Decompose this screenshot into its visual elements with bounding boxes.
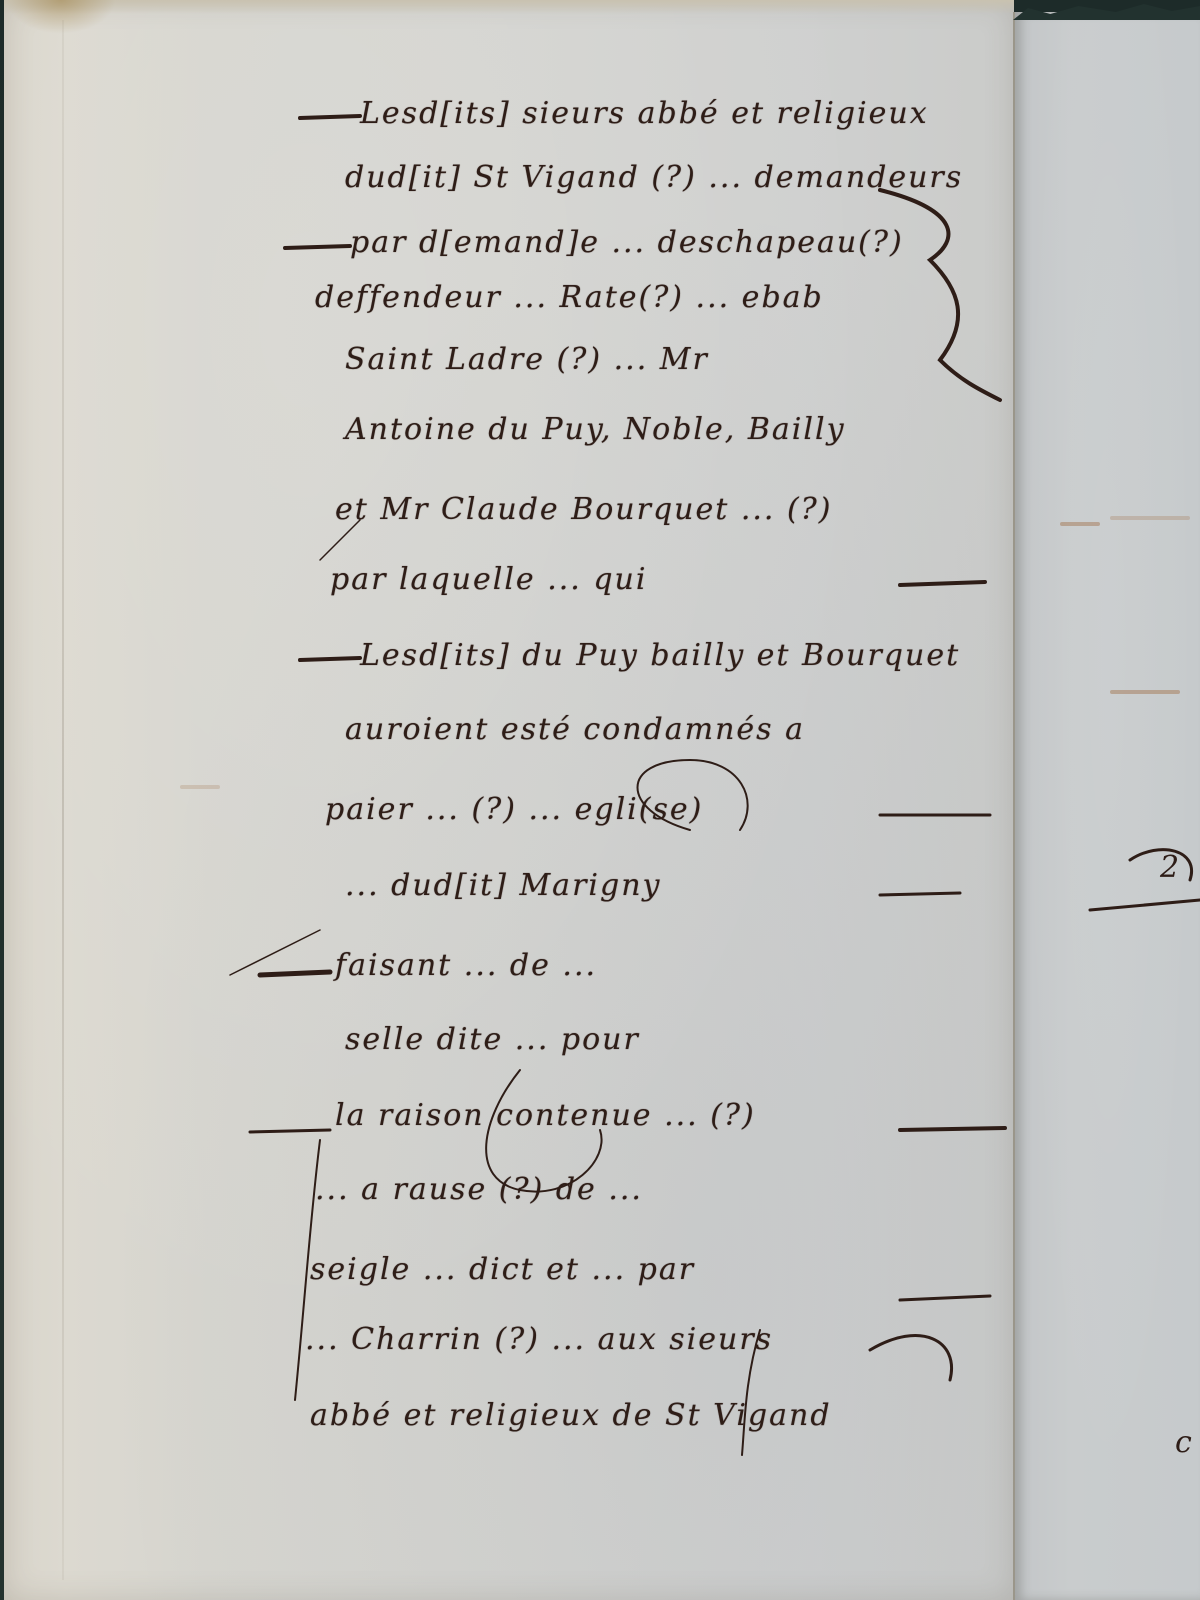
bleed-through-mark [1110,516,1190,520]
paper-stain [6,0,116,34]
manuscript-line-7: et Mr Claude Bourquet ... (?) [335,492,832,527]
manuscript-line-13: faisant ... de ... [335,948,597,983]
manuscript-line-1: Lesd[its] sieurs abbé et religieux [360,96,929,131]
manuscript-line-11: paier ... (?) ... egli(se) [325,792,703,827]
right-page-fragment: c [1175,1425,1192,1460]
manuscript-line-17: seigle ... dict et ... par [310,1252,695,1287]
manuscript-line-6: Antoine du Puy, Noble, Bailly [345,412,846,447]
manuscript-line-16: ... a rause (?) de ... [315,1172,643,1207]
bleed-through-mark [180,785,220,789]
manuscript-line-12: ... dud[it] Marigny [345,868,661,903]
bleed-through-mark [1060,522,1100,526]
bleed-through-mark [1110,690,1180,694]
manuscript-line-14: selle dite ... pour [345,1022,640,1057]
manuscript-line-10: auroient esté condamnés a [345,712,805,747]
right-page-fragment: 2 [1160,850,1179,885]
manuscript-line-18: ... Charrin (?) ... aux sieurs [305,1322,773,1357]
manuscript-line-9: Lesd[its] du Puy bailly et Bourquet [360,638,960,673]
manuscript-line-3: par d[emand]e ... deschapeau(?) [350,225,904,260]
manuscript-line-15: la raison contenue ... (?) [335,1098,756,1133]
manuscript-line-2: dud[it] St Vigand (?) ... demandeurs [345,160,963,195]
manuscript-line-19: abbé et religieux de St Vigand [310,1398,832,1433]
adjacent-leaf [1013,12,1200,1600]
manuscript-line-8: par laquelle ... qui [330,562,647,597]
paper-fold [62,20,64,1580]
manuscript-line-5: Saint Ladre (?) ... Mr [345,342,709,377]
manuscript-line-4: deffendeur ... Rate(?) ... ebab [315,280,824,315]
